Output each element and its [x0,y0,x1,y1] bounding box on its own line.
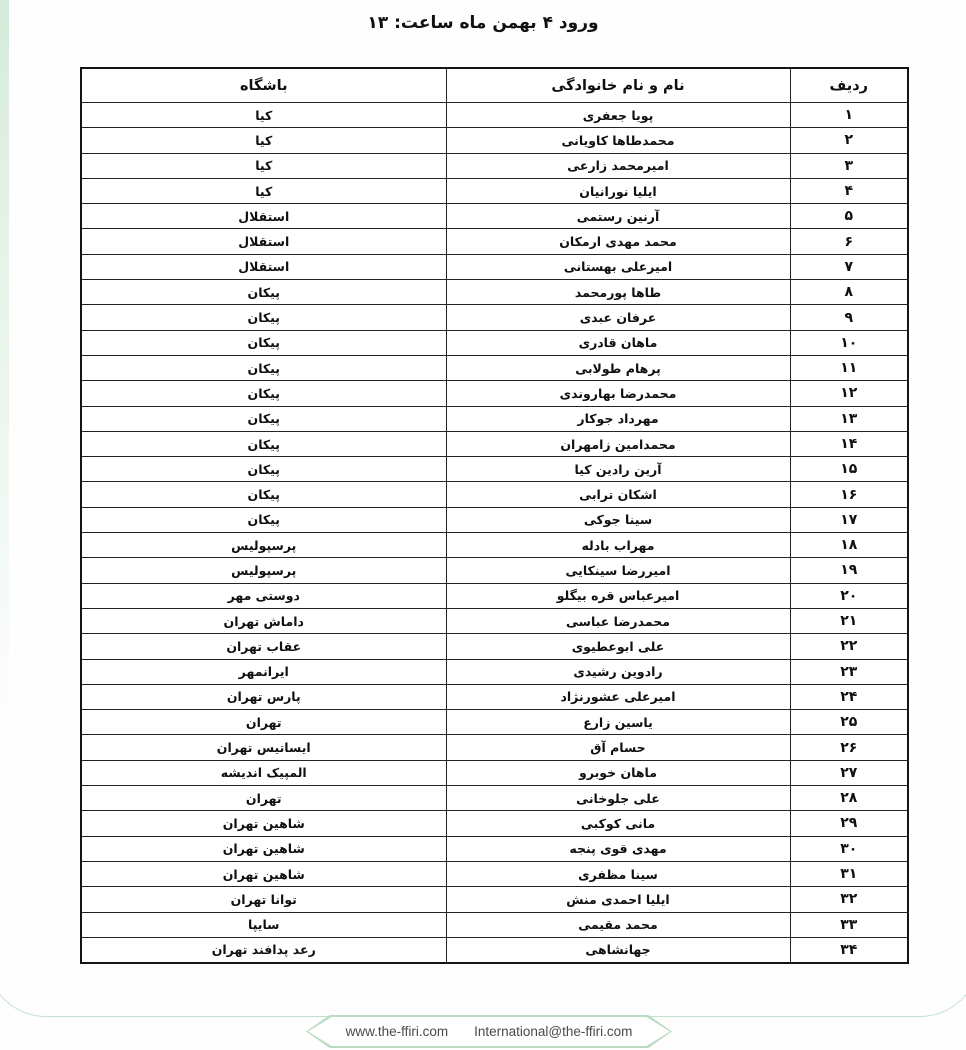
table-row: ۴ایلیا نورانیانکیا [81,178,908,203]
column-header-row-number: ردیف [790,68,908,103]
player-name-cell: امیررضا سینکایی [446,558,790,583]
club-name-cell: پیکان [81,431,446,456]
row-number-cell: ۲۲ [790,634,908,659]
player-name-cell: سینا جوکی [446,507,790,532]
table-row: ۸طاها پورمحمدپیکان [81,280,908,305]
row-number-cell: ۱۹ [790,558,908,583]
club-name-cell: تهران [81,710,446,735]
player-name-cell: مهرداد جوکار [446,406,790,431]
table-row: ۲۷ماهان خوبروالمپیک اندیشه [81,760,908,785]
table-row: ۱۵آرین رادین کیاپیکان [81,457,908,482]
player-name-cell: آرنین رستمی [446,204,790,229]
row-number-cell: ۳۰ [790,836,908,861]
table-row: ۵آرنین رستمیاستقلال [81,204,908,229]
player-name-cell: محمدرضا بهاروندی [446,381,790,406]
player-name-cell: امیرعلی بهستانی [446,254,790,279]
row-number-cell: ۲۴ [790,684,908,709]
row-number-cell: ۲۵ [790,710,908,735]
table-row: ۲۱محمدرضا عباسیداماش تهران [81,608,908,633]
player-name-cell: ایلیا نورانیان [446,178,790,203]
club-name-cell: داماش تهران [81,608,446,633]
table-row: ۱۱پرهام طولابیپیکان [81,355,908,380]
player-name-cell: ماهان قادری [446,330,790,355]
left-edge-scan-tint [0,0,9,760]
footer-email: International@the-ffiri.com [474,1024,632,1039]
player-name-cell: محمدامین زامهران [446,431,790,456]
player-name-cell: محمدرضا عباسی [446,608,790,633]
row-number-cell: ۱۸ [790,533,908,558]
table-row: ۳۲ایلیا احمدی منشتوانا تهران [81,887,908,912]
club-name-cell: استقلال [81,204,446,229]
row-number-cell: ۳۳ [790,912,908,937]
column-header-club: باشگاه [81,68,446,103]
club-name-cell: دوستی مهر [81,583,446,608]
player-name-cell: عرفان عبدی [446,305,790,330]
page-title: ورود ۴ بهمن ماه ساعت: ۱۳ [0,13,966,33]
table-row: ۲۹مانی کوکبیشاهین تهران [81,811,908,836]
player-name-cell: طاها پورمحمد [446,280,790,305]
row-number-cell: ۲۶ [790,735,908,760]
club-name-cell: کیا [81,178,446,203]
player-name-cell: جهانشاهی [446,937,790,963]
club-name-cell: پرسپولیس [81,558,446,583]
club-name-cell: پرسپولیس [81,533,446,558]
club-name-cell: ایرانمهر [81,659,446,684]
row-number-cell: ۲۳ [790,659,908,684]
roster-table-container: ردیف نام و نام خانوادگی باشگاه ۱پویا جعف… [80,67,907,964]
table-row: ۳امیرمحمد زارعیکیا [81,153,908,178]
club-name-cell: پیکان [81,355,446,380]
player-name-cell: مهراب بادله [446,533,790,558]
roster-table-body: ۱پویا جعفریکیا۲محمدطاها کاویانیکیا۳امیرم… [81,103,908,964]
table-row: ۱۴محمدامین زامهرانپیکان [81,431,908,456]
club-name-cell: المپیک اندیشه [81,760,446,785]
player-name-cell: امیرعباس قره بیگلو [446,583,790,608]
club-name-cell: عقاب تهران [81,634,446,659]
player-name-cell: مانی کوکبی [446,811,790,836]
table-row: ۲۰امیرعباس قره بیگلودوستی مهر [81,583,908,608]
club-name-cell: شاهین تهران [81,836,446,861]
row-number-cell: ۲۹ [790,811,908,836]
club-name-cell: پیکان [81,280,446,305]
row-number-cell: ۲۷ [790,760,908,785]
club-name-cell: ایساتیس تهران [81,735,446,760]
row-number-cell: ۲۱ [790,608,908,633]
player-name-cell: ماهان خوبرو [446,760,790,785]
player-name-cell: ایلیا احمدی منش [446,887,790,912]
table-row: ۹عرفان عبدیپیکان [81,305,908,330]
row-number-cell: ۱۶ [790,482,908,507]
player-name-cell: اشکان ترابی [446,482,790,507]
table-row: ۱۶اشکان ترابیپیکان [81,482,908,507]
club-name-cell: شاهین تهران [81,811,446,836]
club-name-cell: توانا تهران [81,887,446,912]
table-row: ۳۴جهانشاهیرعد پدافند تهران [81,937,908,963]
row-number-cell: ۲۰ [790,583,908,608]
player-name-cell: امیرمحمد زارعی [446,153,790,178]
row-number-cell: ۲۸ [790,786,908,811]
table-row: ۳۳محمد مقیمیسایپا [81,912,908,937]
player-name-cell: مهدی قوی پنجه [446,836,790,861]
club-name-cell: استقلال [81,229,446,254]
player-name-cell: علی جلوخانی [446,786,790,811]
club-name-cell: سایپا [81,912,446,937]
row-number-cell: ۱۵ [790,457,908,482]
club-name-cell: استقلال [81,254,446,279]
table-row: ۲۳رادوین رشیدیایرانمهر [81,659,908,684]
table-header-row: ردیف نام و نام خانوادگی باشگاه [81,68,908,103]
table-row: ۱۹امیررضا سینکاییپرسپولیس [81,558,908,583]
player-name-cell: حسام آق [446,735,790,760]
row-number-cell: ۱۷ [790,507,908,532]
club-name-cell: پیکان [81,305,446,330]
row-number-cell: ۱۲ [790,381,908,406]
player-name-cell: پرهام طولابی [446,355,790,380]
club-name-cell: پیکان [81,330,446,355]
club-name-cell: پارس تهران [81,684,446,709]
row-number-cell: ۲ [790,128,908,153]
table-row: ۱۳مهرداد جوکارپیکان [81,406,908,431]
player-name-cell: آرین رادین کیا [446,457,790,482]
row-number-cell: ۱۰ [790,330,908,355]
player-name-cell: پویا جعفری [446,103,790,128]
club-name-cell: پیکان [81,406,446,431]
row-number-cell: ۱ [790,103,908,128]
footer-ribbon: www.the-ffiri.com International@the-ffir… [306,1015,672,1048]
player-name-cell: رادوین رشیدی [446,659,790,684]
table-row: ۲۸علی جلوخانیتهران [81,786,908,811]
table-row: ۱پویا جعفریکیا [81,103,908,128]
club-name-cell: پیکان [81,482,446,507]
row-number-cell: ۳۱ [790,861,908,886]
club-name-cell: کیا [81,103,446,128]
player-name-cell: محمد مهدی ارمکان [446,229,790,254]
club-name-cell: پیکان [81,507,446,532]
row-number-cell: ۷ [790,254,908,279]
player-name-cell: محمدطاها کاویانی [446,128,790,153]
table-row: ۱۲محمدرضا بهاروندیپیکان [81,381,908,406]
club-name-cell: رعد پدافند تهران [81,937,446,963]
table-row: ۲۵یاسین زارعتهران [81,710,908,735]
table-row: ۱۸مهراب بادلهپرسپولیس [81,533,908,558]
row-number-cell: ۵ [790,204,908,229]
footer-ribbon-content: www.the-ffiri.com International@the-ffir… [308,1017,670,1046]
club-name-cell: کیا [81,128,446,153]
row-number-cell: ۹ [790,305,908,330]
table-row: ۱۷سینا جوکیپیکان [81,507,908,532]
document-page: ورود ۴ بهمن ماه ساعت: ۱۳ ردیف نام و نام … [0,0,966,1050]
row-number-cell: ۱۱ [790,355,908,380]
player-name-cell: محمد مقیمی [446,912,790,937]
table-row: ۲۴امیرعلی عشورنژادپارس تهران [81,684,908,709]
player-name-cell: یاسین زارع [446,710,790,735]
row-number-cell: ۳ [790,153,908,178]
table-row: ۳۱سینا مظفریشاهین تهران [81,861,908,886]
row-number-cell: ۶ [790,229,908,254]
row-number-cell: ۳۲ [790,887,908,912]
footer-website-url: www.the-ffiri.com [346,1024,449,1039]
player-name-cell: سینا مظفری [446,861,790,886]
club-name-cell: کیا [81,153,446,178]
row-number-cell: ۱۳ [790,406,908,431]
table-row: ۳۰مهدی قوی پنجهشاهین تهران [81,836,908,861]
club-name-cell: شاهین تهران [81,861,446,886]
table-row: ۲۲علی ابوعطیویعقاب تهران [81,634,908,659]
table-row: ۶محمد مهدی ارمکاناستقلال [81,229,908,254]
roster-table: ردیف نام و نام خانوادگی باشگاه ۱پویا جعف… [80,67,909,964]
table-row: ۱۰ماهان قادریپیکان [81,330,908,355]
row-number-cell: ۸ [790,280,908,305]
table-row: ۲محمدطاها کاویانیکیا [81,128,908,153]
club-name-cell: پیکان [81,381,446,406]
table-row: ۷امیرعلی بهستانیاستقلال [81,254,908,279]
column-header-full-name: نام و نام خانوادگی [446,68,790,103]
row-number-cell: ۳۴ [790,937,908,963]
row-number-cell: ۱۴ [790,431,908,456]
club-name-cell: تهران [81,786,446,811]
player-name-cell: علی ابوعطیوی [446,634,790,659]
club-name-cell: پیکان [81,457,446,482]
player-name-cell: امیرعلی عشورنژاد [446,684,790,709]
table-row: ۲۶حسام آقایساتیس تهران [81,735,908,760]
row-number-cell: ۴ [790,178,908,203]
